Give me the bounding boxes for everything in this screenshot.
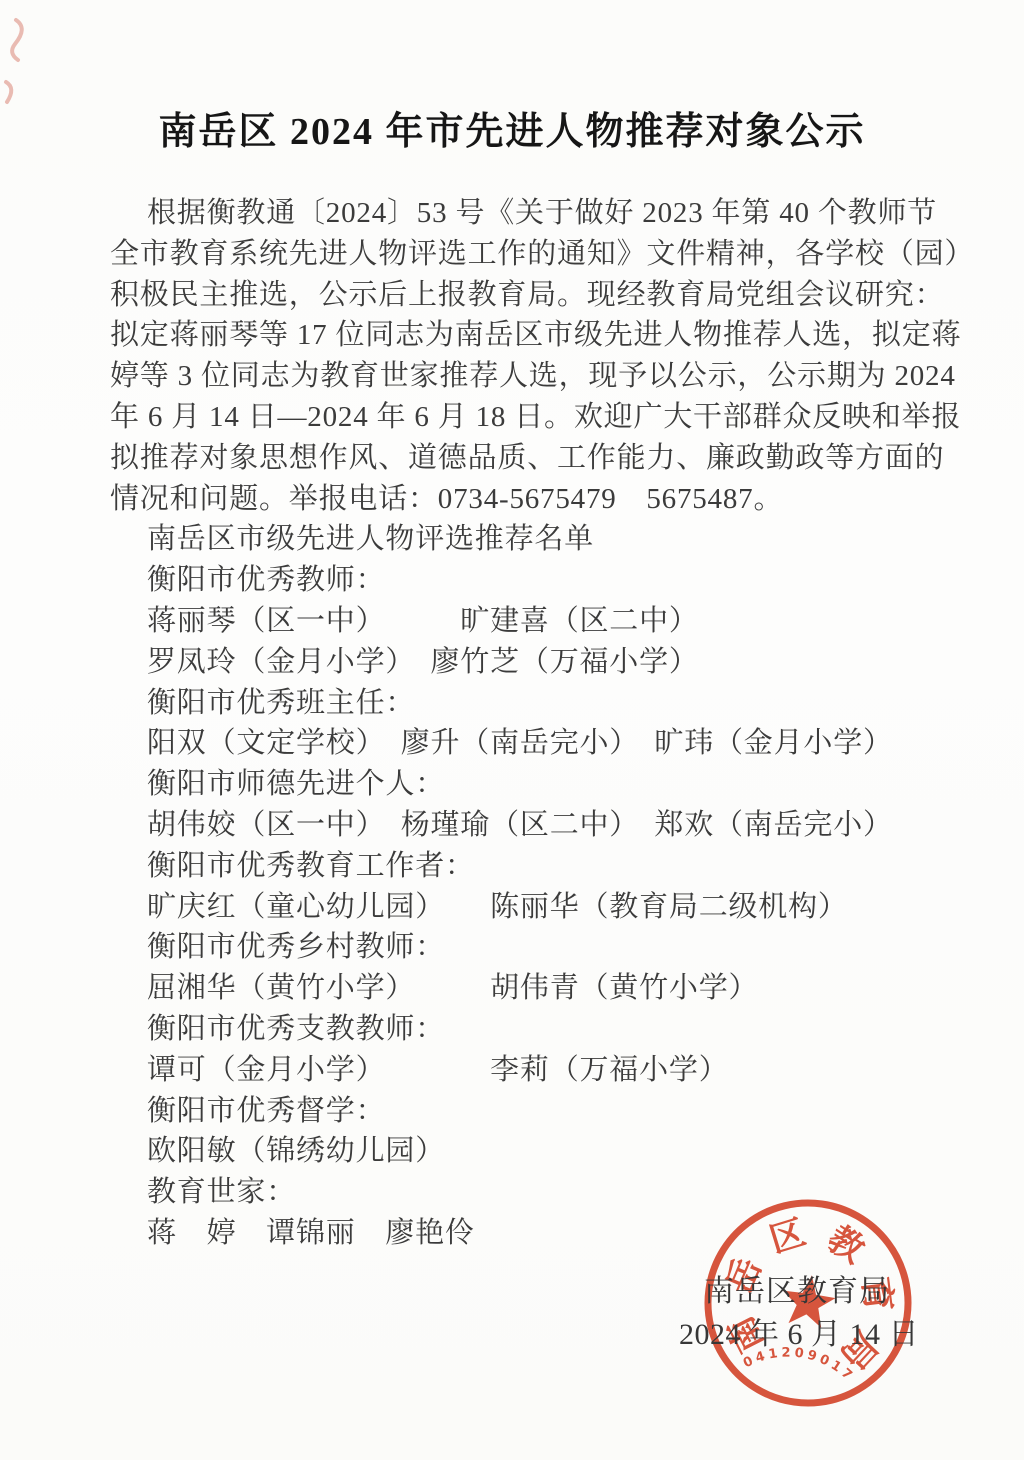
seal-arc-char: 区 bbox=[765, 1213, 810, 1261]
body-line: 根据衡教通〔2024〕53 号《关于做好 2023 年第 40 个教师节 bbox=[110, 193, 970, 234]
body-line: 婷等 3 位同志为教育世家推荐人选，现予以公示，公示期为 2024 bbox=[110, 356, 970, 397]
body-line: 衡阳市优秀班主任： bbox=[110, 683, 970, 724]
body-line: 衡阳市优秀教育工作者： bbox=[110, 846, 970, 887]
scanned-document-page: 南岳区 2024 年市先进人物推荐对象公示 根据衡教通〔2024〕53 号《关于… bbox=[0, 0, 1024, 1460]
red-pen-marks bbox=[0, 8, 70, 118]
document-body: 根据衡教通〔2024〕53 号《关于做好 2023 年第 40 个教师节全市教育… bbox=[110, 193, 970, 1254]
body-line: 谭可（金月小学） 李莉（万福小学） bbox=[110, 1050, 970, 1091]
body-line: 罗凤玲（金月小学） 廖竹芝（万福小学） bbox=[110, 642, 970, 683]
signature-date: 2024 年 6 月 14 日 bbox=[679, 1309, 919, 1353]
seal-arc-char: 教 bbox=[821, 1219, 872, 1271]
body-line: 全市教育系统先进人物评选工作的通知》文件精神，各学校（园） bbox=[110, 234, 970, 275]
body-line: 年 6 月 14 日—2024 年 6 月 18 日。欢迎广大干部群众反映和举报 bbox=[110, 397, 970, 438]
body-line: 衡阳市优秀教师： bbox=[110, 560, 970, 601]
body-line: 欧阳敏（锦绣幼儿园） bbox=[110, 1131, 970, 1172]
document-title: 南岳区 2024 年市先进人物推荐对象公示 bbox=[0, 100, 1024, 155]
body-line: 胡伟姣（区一中） 杨瑾瑜（区二中） 郑欢（南岳完小） bbox=[110, 805, 970, 846]
body-line: 衡阳市优秀乡村教师： bbox=[110, 927, 970, 968]
body-line: 南岳区市级先进人物评选推荐名单 bbox=[110, 519, 970, 560]
body-line: 衡阳市优秀督学： bbox=[110, 1091, 970, 1132]
body-line: 情况和问题。举报电话：0734-5675479 5675487。 bbox=[110, 479, 970, 520]
body-line: 拟推荐对象思想作风、道德品质、工作能力、廉政勤政等方面的 bbox=[110, 438, 970, 479]
body-line: 拟定蒋丽琴等 17 位同志为南岳区市级先进人物推荐人选，拟定蒋 bbox=[110, 315, 970, 356]
body-line: 衡阳市师德先进个人： bbox=[110, 764, 970, 805]
body-line: 屈湘华（黄竹小学） 胡伟青（黄竹小学） bbox=[110, 968, 970, 1009]
body-line: 衡阳市优秀支教教师： bbox=[110, 1009, 970, 1050]
body-line: 旷庆红（童心幼儿园） 陈丽华（教育局二级机构） bbox=[110, 887, 970, 928]
body-line: 积极民主推选，公示后上报教育局。现经教育局党组会议研究： bbox=[110, 275, 970, 316]
body-line: 阳双（文定学校） 廖升（南岳完小） 旷玮（金月小学） bbox=[110, 723, 970, 764]
body-line: 蒋丽琴（区一中） 旷建喜（区二中） bbox=[110, 601, 970, 642]
signature-org: 南岳区教育局 bbox=[704, 1266, 890, 1310]
